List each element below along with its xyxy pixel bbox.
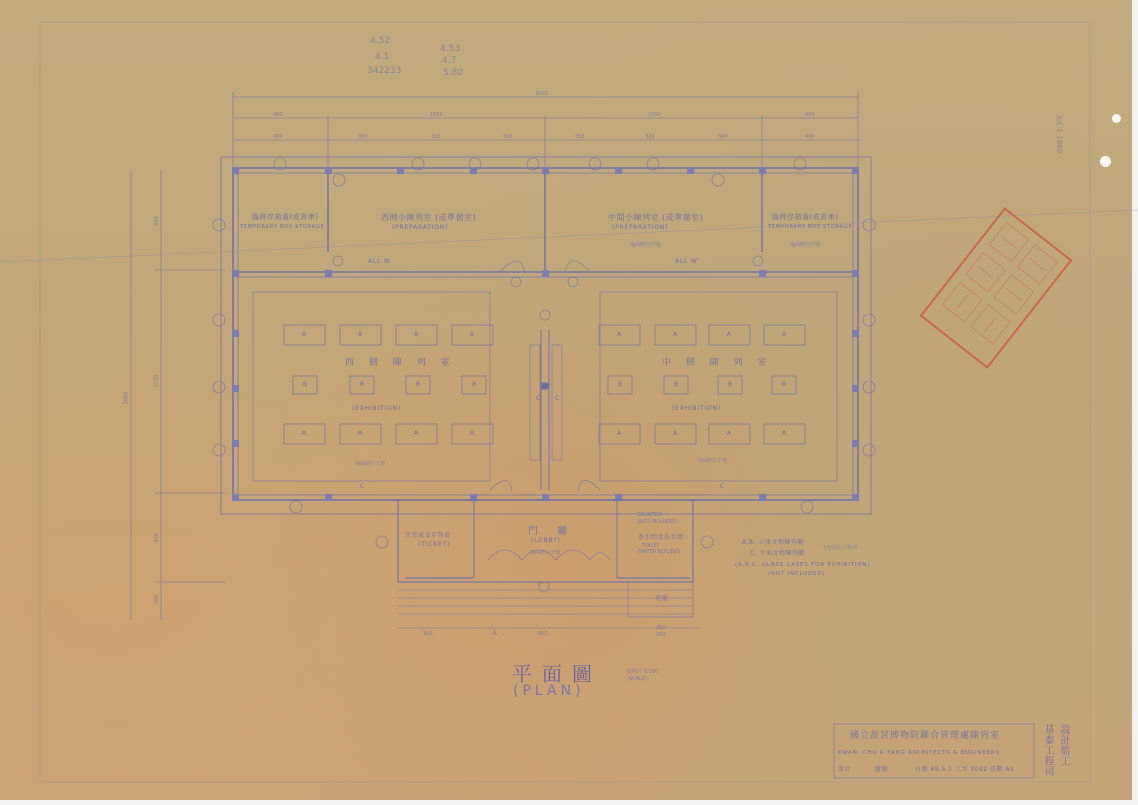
dim-bottom-4: 350	[656, 625, 666, 631]
hall-mark-left: ALL W	[368, 258, 391, 265]
room-toilet-en2: (WATER BOILING)	[637, 549, 681, 555]
hall-mark-right: ALL W	[675, 258, 698, 265]
case-label-c: C	[720, 483, 725, 490]
case-label: A	[358, 331, 363, 338]
case-label: B	[728, 381, 733, 388]
title-block-sheet: 張數 A1	[990, 764, 1014, 773]
firm-seal-1: 基泰工程司	[1040, 724, 1055, 777]
case-label: B	[782, 381, 787, 388]
counter-note: (NOT INCLUDED)	[637, 519, 679, 525]
dim-row3-4: 300	[503, 134, 513, 140]
case-label: A	[727, 331, 732, 338]
blueprint-sheet: 4.52 4.1 342233 4.53 4.7 5.80 JUL 1 1960…	[0, 0, 1132, 800]
case-label: B	[416, 381, 421, 388]
case-label: A	[673, 430, 678, 437]
dim-row3-8: 400	[805, 134, 815, 140]
case-label-c: C	[360, 483, 365, 490]
room-prep-left-en: (PREPARATION)	[392, 224, 448, 231]
title-block-designer: 設計	[838, 764, 851, 773]
room-storage-right-en: TEMPORARY BOX STORAGE	[768, 224, 853, 230]
title-block-firm: KWAN, CHU & YANG ARCHITECTS & ENGINEERS	[838, 750, 1000, 756]
case-label: A	[617, 430, 622, 437]
pencil-note-mid-right: 4.7	[442, 56, 456, 66]
dim-left-1: 600	[154, 216, 160, 226]
case-label: B	[674, 381, 679, 388]
legend-line-4: (NOT INCLUDED)	[768, 571, 825, 577]
case-label: B	[472, 381, 477, 388]
dim-bottom-2: A	[492, 629, 497, 637]
room-ticket-en: (TICKET)	[418, 541, 450, 548]
dim-row3-7: 300	[718, 134, 728, 140]
pencil-note-mid-left: 4.1	[375, 52, 389, 62]
dim-row3-2: 300	[358, 134, 368, 140]
pencil-note-bottom-right: 5.80	[443, 68, 463, 78]
drawing-scale: 比例尺 1:100	[627, 668, 658, 675]
case-label: A	[414, 331, 419, 338]
dim-left-3: 400	[154, 533, 160, 543]
case-label: A	[414, 430, 419, 437]
dim-top-2: 1050	[430, 112, 443, 118]
room-prep-right-cn: 中間小陳列室 (或準備室)	[608, 212, 703, 223]
case-label: B	[360, 381, 365, 388]
dim-row3-1: 400	[273, 134, 283, 140]
legend-line-2: C. 平面文物陳列櫃	[750, 548, 805, 557]
room-exhibit-left-note: 地面磨石子地	[355, 460, 385, 467]
case-label: A	[358, 430, 363, 437]
pencil-note-top-right: 4.53	[440, 44, 460, 54]
room-exhibit-right-en: (EXHIBITION)	[672, 405, 721, 412]
room-lobby-en: (LOBBY)	[531, 537, 561, 544]
pencil-note-margin: JUL 1 1960	[1055, 115, 1063, 153]
dim-row3-3: 320	[431, 134, 441, 140]
drawing-scale-en: (SCALE)	[627, 676, 647, 682]
case-label: A	[727, 430, 732, 437]
case-label: A	[470, 430, 475, 437]
case-label-c: C	[536, 395, 541, 402]
dim-overall: 3000	[535, 91, 548, 97]
room-lobby-note: 地面磨石子地	[530, 549, 560, 556]
dim-top-3: 1050	[648, 112, 661, 118]
case-label: A	[470, 331, 475, 338]
title-block-job: 工字 3042	[955, 764, 988, 773]
porch-label: 花壇	[655, 593, 668, 602]
dim-left-overall: 2000	[123, 392, 129, 405]
punch-hole	[1112, 114, 1121, 123]
room-storage-right-cn: 臨時存箱處(或倉庫)	[772, 212, 838, 222]
pencil-note-top-left: 4.52	[370, 36, 390, 46]
dim-bottom-5: 300	[656, 632, 666, 638]
title-block-date: 日期 49.5.1	[915, 764, 953, 773]
room-exhibit-right-cn: 中 側 陳 列 室	[662, 355, 772, 368]
room-exhibit-left-en: (EXHIBITION)	[352, 405, 401, 412]
case-label: A	[782, 331, 787, 338]
legend-line-1-note: 不包括在工程內	[822, 544, 857, 551]
room-ticket-cn: 售票處及存物處	[405, 530, 451, 539]
title-block-drafter: 繪圖	[875, 764, 888, 773]
room-prep-left-cn: 西側小陳列室 (或準備室)	[381, 212, 476, 223]
dim-row3-5: 350	[575, 134, 585, 140]
room-exhibit-right-note: 地面磨石子地	[697, 457, 727, 464]
counter-label: COUNTER	[637, 512, 662, 518]
firm-seal-2: 設計監工	[1056, 724, 1071, 766]
dim-bottom-3: 800	[538, 631, 548, 637]
dim-left-2: 1100	[153, 375, 159, 388]
pencil-note-bottom-left: 342233	[367, 66, 401, 76]
room-storage-right-note: 地面磨石子地	[790, 241, 820, 248]
room-toilet-cn: 茶水間及洗手間	[638, 532, 684, 541]
dim-top-1: 400	[273, 112, 283, 118]
dim-top-4: 400	[805, 112, 815, 118]
drawing-title-en: (PLAN)	[513, 683, 585, 699]
dim-bottom-1: 300	[423, 631, 433, 637]
dim-left-4: 200	[154, 595, 160, 605]
room-lobby-cn: 門 廳	[528, 522, 575, 537]
case-label-c: C	[555, 395, 560, 402]
case-label: A	[302, 430, 307, 437]
room-exhibit-left-cn: 西 側 陳 列 室	[345, 355, 455, 368]
punch-hole	[1100, 156, 1111, 167]
title-block-project: 國立故宮博物院聯合管理處陳列室	[850, 728, 1000, 741]
case-label: A	[617, 331, 622, 338]
legend-line-1: A.B. 立体文物陳列櫃	[742, 537, 804, 546]
room-prep-right-en: (PREPARATION)	[612, 224, 668, 231]
case-label: A	[673, 331, 678, 338]
case-label: B	[618, 381, 623, 388]
legend-line-3: (A.B.C. GLASS CASES FOR EXHIBITION)	[735, 562, 870, 568]
case-label: A	[782, 430, 787, 437]
room-storage-left-cn: 臨時存箱處(或倉庫)	[252, 212, 318, 222]
case-label: B	[303, 381, 308, 388]
case-label: A	[302, 331, 307, 338]
dim-row3-6: 320	[645, 134, 655, 140]
room-prep-right-note: 地面磨石子地	[630, 241, 660, 248]
room-storage-left-en: TEMPORARY BOX STORAGE	[240, 224, 325, 230]
